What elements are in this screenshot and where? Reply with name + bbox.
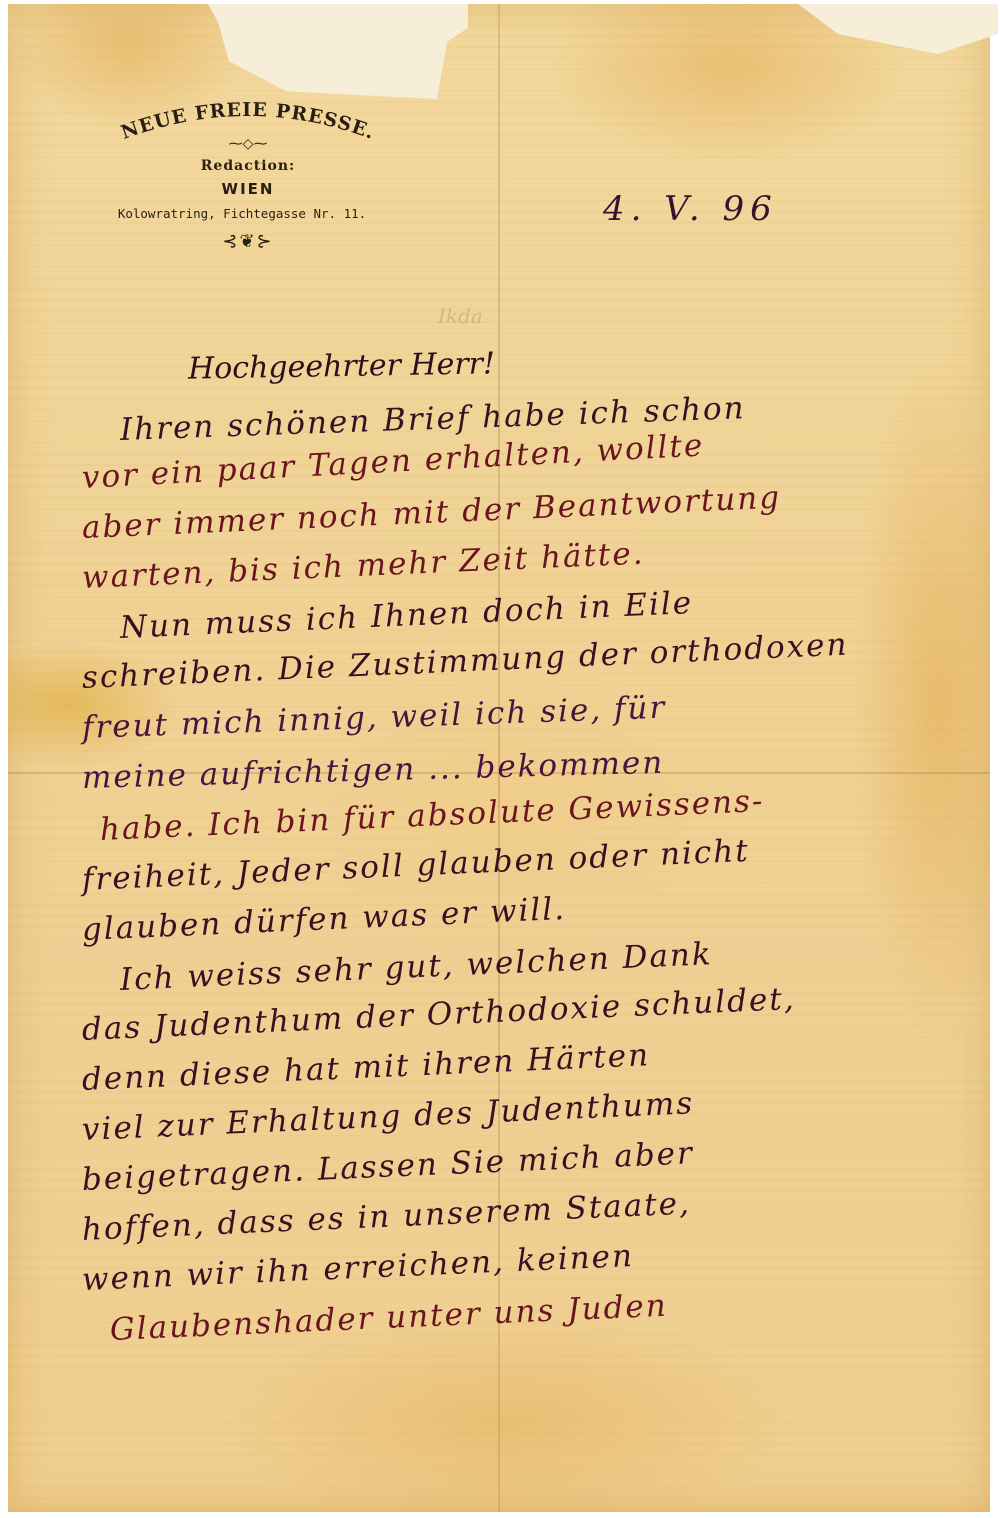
handwritten-line: wenn wir ihn erreichen, keinen xyxy=(81,1238,634,1298)
handwritten-line: denn diese hat mit ihren Härten xyxy=(81,1037,651,1098)
handwritten-line: meine aufrichtigen ... bekommen xyxy=(82,745,665,796)
handwritten-line: Glaubenshader unter uns Juden xyxy=(109,1288,668,1348)
handwritten-line: freut mich innig, weil ich sie, für xyxy=(81,690,666,746)
letter-page: NEUE FREIE PRESSE. ⁓◇⁓ Redaction: WIEN K… xyxy=(8,4,990,1512)
handwritten-line: glauben dürfen was er will. xyxy=(81,891,567,948)
letter-body: Ihren schönen Brief habe ich schonvor ei… xyxy=(8,4,990,1512)
handwritten-line: warten, bis ich mehr Zeit hätte. xyxy=(81,535,645,596)
